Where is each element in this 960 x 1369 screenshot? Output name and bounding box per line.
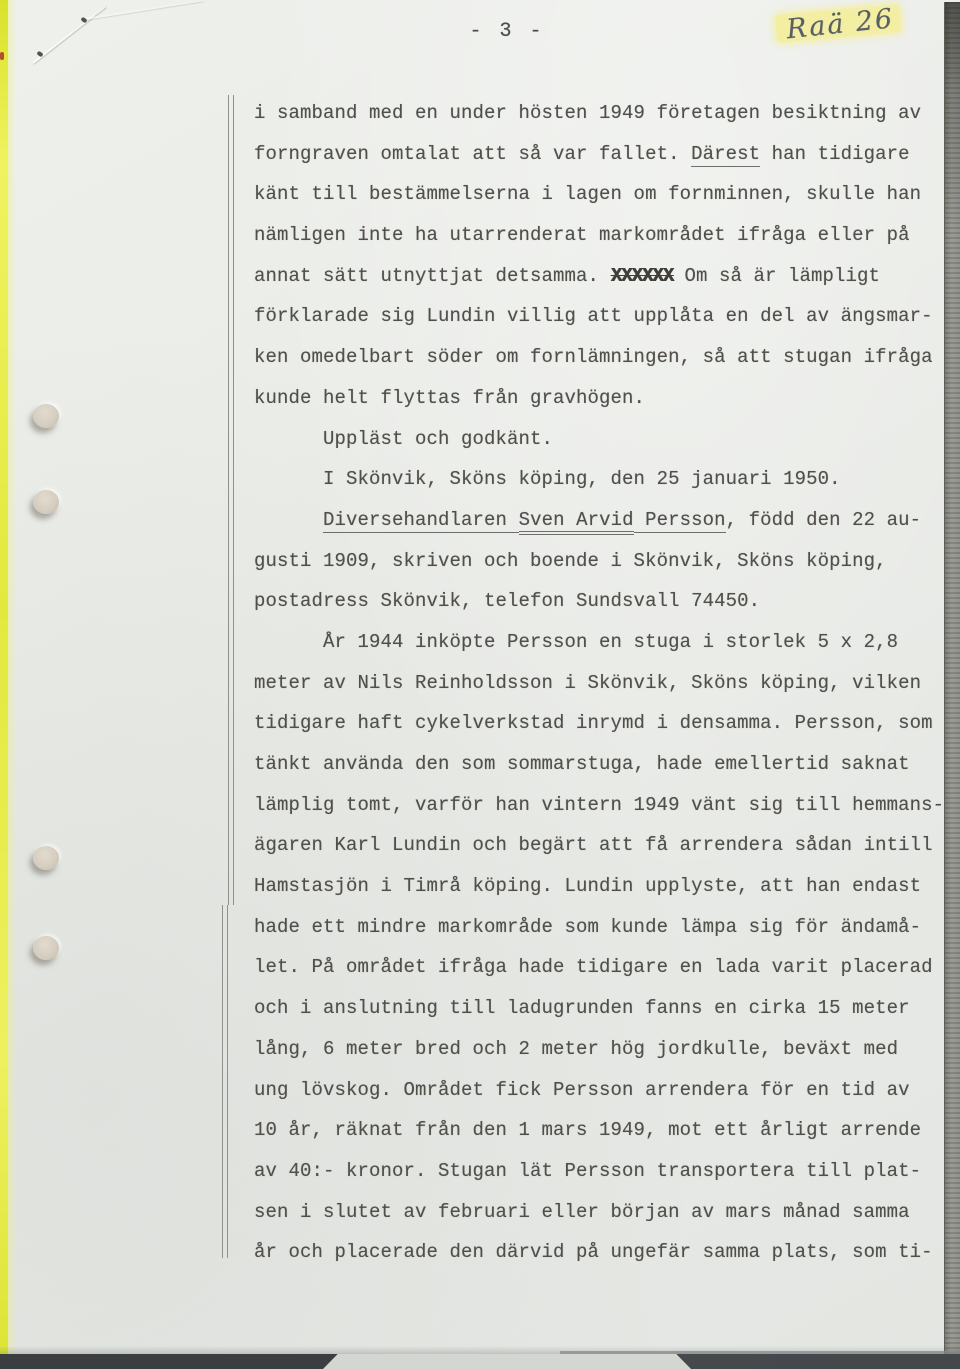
text-segment: i samband med en under hösten 1949 föret… — [254, 102, 921, 124]
document-text: i samband med en under hösten 1949 föret… — [254, 93, 960, 1273]
document-line: ung lövskog. Området fick Persson arrend… — [254, 1070, 960, 1111]
document-line: ken omedelbart söder om fornlämningen, s… — [254, 337, 960, 378]
document-line: Hamstasjön i Timrå köping. Lundin upplys… — [254, 866, 960, 907]
text-segment: Diversehandlaren — [323, 509, 519, 533]
text-segment: Sven Arvid — [519, 509, 634, 535]
red-speck-mark — [0, 52, 4, 60]
document-line: nämligen inte ha utarrenderat markområde… — [254, 215, 960, 256]
document-line: Diversehandlaren Sven Arvid Persson, föd… — [254, 500, 960, 541]
text-segment: Hamstasjön i Timrå köping. Lundin upplys… — [254, 875, 921, 897]
document-line: gusti 1909, skriven och boende i Skönvik… — [254, 541, 960, 582]
document-line: förklarade sig Lundin villig att upplåta… — [254, 296, 960, 337]
document-line: ägaren Karl Lundin och begärt att få arr… — [254, 825, 960, 866]
text-segment: let. På området ifråga hade tidigare en … — [254, 956, 933, 978]
paper-edge-strip — [944, 2, 960, 1354]
text-segment: nämligen inte ha utarrenderat markområde… — [254, 224, 910, 246]
text-segment: förklarade sig Lundin villig att upplåta… — [254, 305, 933, 327]
document-line: let. På området ifråga hade tidigare en … — [254, 947, 960, 988]
text-segment: annat sätt utnyttjat detsamma. — [254, 265, 611, 287]
document-line: I Skönvik, Sköns köping, den 25 januari … — [254, 459, 960, 500]
text-segment: och i anslutning till ladugrunden fanns … — [254, 997, 910, 1019]
text-segment: hade ett mindre markområde som kunde läm… — [254, 916, 921, 938]
page-number: - 3 - — [452, 20, 562, 43]
margin-rule-lower — [222, 905, 228, 1258]
text-segment: ung lövskog. Området fick Persson arrend… — [254, 1079, 910, 1101]
document-line: år och placerade den därvid på ungefär s… — [254, 1232, 960, 1273]
bottom-scan-notch — [323, 1354, 691, 1369]
text-segment: sen i slutet av februari eller början av… — [254, 1201, 910, 1223]
yellow-edge-fade — [8, 0, 16, 1356]
text-segment: år och placerade den därvid på ungefär s… — [254, 1241, 933, 1263]
text-segment: , född den 22 au- — [726, 509, 922, 531]
text-segment: ägaren Karl Lundin och begärt att få arr… — [254, 834, 933, 856]
text-segment: lång, 6 meter bred och 2 meter hög jordk… — [254, 1038, 898, 1060]
text-segment: Uppläst och godkänt. — [254, 428, 553, 450]
document-line: av 40:- kronor. Stugan lät Persson trans… — [254, 1151, 960, 1192]
document-line: sen i slutet av februari eller början av… — [254, 1192, 960, 1233]
document-line: forngraven omtalat att så var fallet. Dä… — [254, 134, 960, 175]
text-segment: forngraven omtalat att så var fallet. — [254, 143, 691, 165]
text-segment: XXXXXX — [611, 265, 673, 287]
text-segment: kunde helt flyttas från gravhögen. — [254, 387, 645, 409]
punch-hole — [33, 846, 59, 870]
text-segment — [254, 509, 323, 531]
document-line: Uppläst och godkänt. — [254, 419, 960, 460]
document-line: År 1944 inköpte Persson en stuga i storl… — [254, 622, 960, 663]
document-line: annat sätt utnyttjat detsamma. XXXXXX Om… — [254, 256, 960, 297]
margin-rule-upper — [228, 95, 234, 905]
document-line: i samband med en under hösten 1949 föret… — [254, 93, 960, 134]
text-segment: tidigare haft cykelverkstad inrymd i den… — [254, 712, 933, 734]
punch-hole — [33, 404, 59, 428]
text-segment: gusti 1909, skriven och boende i Skönvik… — [254, 550, 887, 572]
yellow-edge-strip — [0, 0, 8, 1356]
text-segment: han tidigare — [760, 143, 910, 165]
text-segment: ken omedelbart söder om fornlämningen, s… — [254, 346, 933, 368]
document-line: hade ett mindre markområde som kunde läm… — [254, 907, 960, 948]
text-segment: meter av Nils Reinholdsson i Skönvik, Sk… — [254, 672, 921, 694]
text-segment: postadress Skönvik, telefon Sundsvall 74… — [254, 590, 760, 612]
text-segment: Om så är lämpligt — [673, 265, 880, 287]
document-line: 10 år, räknat från den 1 mars 1949, mot … — [254, 1110, 960, 1151]
bottom-scan-line — [560, 1351, 960, 1354]
document-line: och i anslutning till ladugrunden fanns … — [254, 988, 960, 1029]
text-segment: Persson — [634, 509, 726, 533]
document-line: kunde helt flyttas från gravhögen. — [254, 378, 960, 419]
text-segment: tänkt använda den som sommarstuga, hade … — [254, 753, 910, 775]
text-segment: 10 år, räknat från den 1 mars 1949, mot … — [254, 1119, 921, 1141]
document-line: tänkt använda den som sommarstuga, hade … — [254, 744, 960, 785]
text-segment: I Skönvik, Sköns köping, den 25 januari … — [254, 468, 841, 490]
text-segment: Därest — [691, 143, 760, 167]
text-segment: lämplig tomt, varför han vintern 1949 vä… — [254, 794, 944, 816]
document-line: känt till bestämmelserna i lagen om forn… — [254, 174, 960, 215]
document-line: lång, 6 meter bred och 2 meter hög jordk… — [254, 1029, 960, 1070]
punch-hole — [33, 490, 59, 514]
text-segment: känt till bestämmelserna i lagen om forn… — [254, 183, 921, 205]
text-segment: År 1944 inköpte Persson en stuga i storl… — [254, 631, 898, 653]
document-line: tidigare haft cykelverkstad inrymd i den… — [254, 703, 960, 744]
document-line: postadress Skönvik, telefon Sundsvall 74… — [254, 581, 960, 622]
document-line: lämplig tomt, varför han vintern 1949 vä… — [254, 785, 960, 826]
document-line: meter av Nils Reinholdsson i Skönvik, Sk… — [254, 663, 960, 704]
text-segment: av 40:- kronor. Stugan lät Persson trans… — [254, 1160, 921, 1182]
punch-hole — [33, 936, 59, 960]
